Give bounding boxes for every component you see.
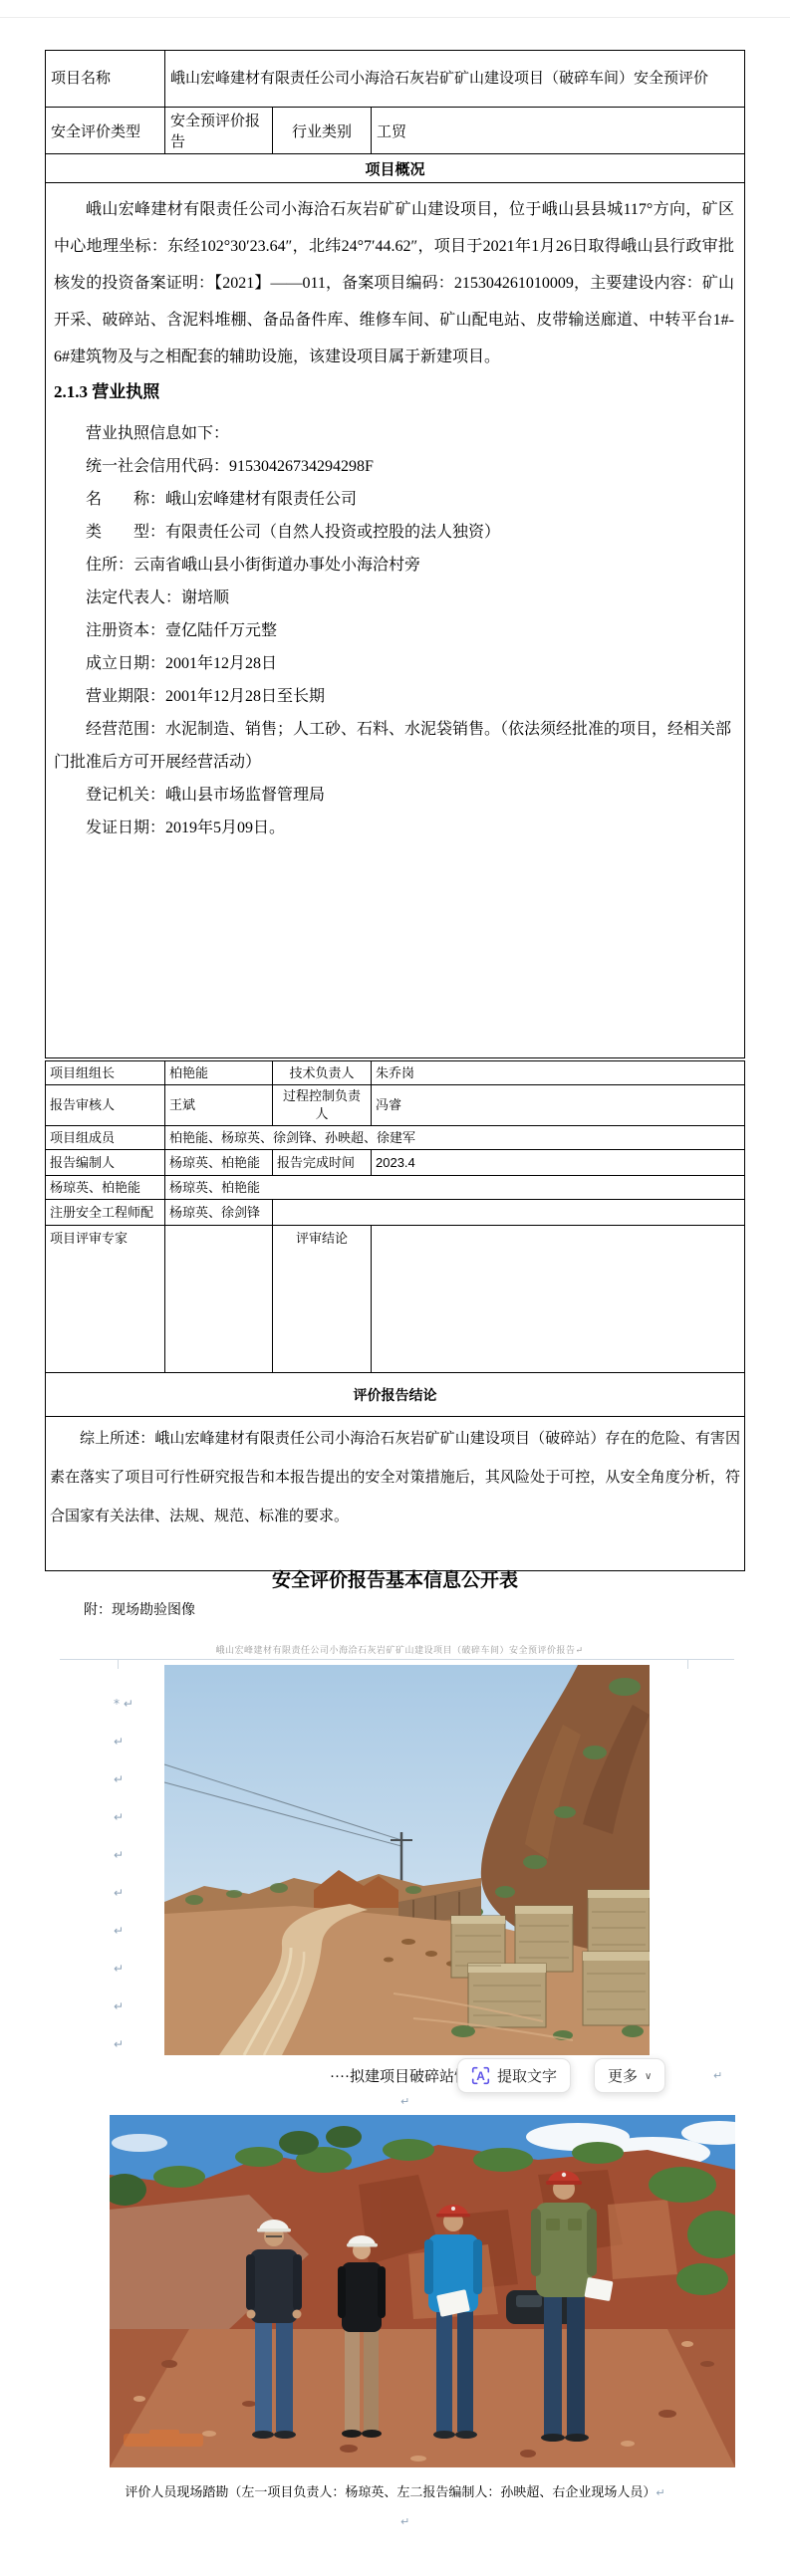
team-members-value: 柏艳能、杨琼英、徐剑锋、孙映超、徐建军 [165, 1126, 745, 1150]
paragraph-mark: ↵ [114, 1924, 124, 1938]
report-writer-value: 杨琼英、柏艳能 [165, 1150, 273, 1176]
process-control-label: 过程控制负责人 [273, 1085, 372, 1126]
text-scan-icon: A [471, 2066, 490, 2085]
embedded-page-header: 峨山宏峰建材有限责任公司小海洽石灰岩矿矿山建设项目（破碎车间）安全预评价报告↵ [96, 1643, 703, 1656]
conclusion-paragraph: 综上所述：峨山宏峰建材有限责任公司小海洽石灰岩矿矿山建设项目（破碎站）存在的危险… [50, 1419, 740, 1535]
team-leader-row: 项目组组长 柏艳能 技术负责人 朱乔岗 [46, 1061, 745, 1085]
paragraph-mark: ↵ [114, 1735, 124, 1749]
license-line: 注册资本：壹亿陆仟万元整 [54, 614, 734, 647]
project-name-label: 项目名称 [46, 51, 165, 108]
license-heading: 2.1.3 营业执照 [54, 377, 734, 407]
conclusion-header: 评价报告结论 [46, 1373, 745, 1417]
tech-lead-value: 朱乔岗 [372, 1061, 745, 1085]
review-experts-value [165, 1226, 273, 1373]
paragraph-mark: ↵ [114, 1810, 124, 1824]
duplicate-names-value: 杨琼英、柏艳能 [165, 1176, 745, 1200]
eval-type-label: 安全评价类型 [46, 108, 165, 154]
site-photo-crusher-location [164, 1665, 650, 2055]
page-title: 安全评价报告基本信息公开表 [0, 1565, 790, 1592]
team-members-label: 项目组成员 [46, 1126, 165, 1150]
report-reviewer-row: 报告审核人 王斌 过程控制负责人 冯睿 [46, 1085, 745, 1126]
paragraph-mark: ↵ [114, 2037, 124, 2051]
overview-body-row: 峨山宏峰建材有限责任公司小海洽石灰岩矿矿山建设项目，位于峨山县县城117°方向，… [46, 183, 745, 1058]
project-info-table: 项目名称 峨山宏峰建材有限责任公司小海洽石灰岩矿矿山建设项目（破碎车间）安全预评… [45, 50, 745, 1058]
review-conclusion-label: 评审结论 [273, 1226, 372, 1373]
paragraph-mark: ↵ [400, 2515, 409, 2528]
license-line: 发证日期：2019年5月09日。 [54, 812, 734, 844]
conclusion-cell: 综上所述：峨山宏峰建材有限责任公司小海洽石灰岩矿矿山建设项目（破碎站）存在的危险… [46, 1417, 745, 1571]
duplicate-names-label: 杨琼英、柏艳能 [46, 1176, 165, 1200]
paragraph-marks-column: * ↵↵↵↵↵↵↵↵↵↵ [114, 1697, 143, 2095]
overview-body-cell: 峨山宏峰建材有限责任公司小海洽石灰岩矿矿山建设项目，位于峨山县县城117°方向，… [46, 183, 745, 1058]
attachment-label: 附：现场勘验图像 [84, 1599, 195, 1619]
paragraph-mark: ↵ [114, 1962, 124, 1976]
registered-engineer-empty [273, 1200, 745, 1226]
conclusion-row: 综上所述：峨山宏峰建材有限责任公司小海洽石灰岩矿矿山建设项目（破碎站）存在的危险… [46, 1417, 745, 1571]
ground-light [110, 2329, 735, 2467]
report-writer-row: 报告编制人 杨琼英、柏艳能 报告完成时间 2023.4 [46, 1150, 745, 1176]
report-writer-label: 报告编制人 [46, 1150, 165, 1176]
industry-value: 工贸 [372, 108, 745, 154]
review-experts-label: 项目评审专家 [46, 1226, 165, 1373]
license-line: 成立日期：2001年12月28日 [54, 647, 734, 680]
conclusion-header-row: 评价报告结论 [46, 1373, 745, 1417]
team-leader-label: 项目组组长 [46, 1061, 165, 1085]
page-frame-tick [687, 1659, 688, 1669]
photo2-caption: 评价人员现场踏勘（左一项目负责人：杨琼英、左二报告编制人：孙映超、右企业现场人员… [0, 2481, 790, 2500]
report-reviewer-label: 报告审核人 [46, 1085, 165, 1126]
team-leader-value: 柏艳能 [165, 1061, 273, 1085]
eval-type-value: 安全预评价报告 [165, 108, 273, 154]
paragraph-mark: ↵ [114, 1772, 124, 1786]
project-name-value: 峨山宏峰建材有限责任公司小海洽石灰岩矿矿山建设项目（破碎车间）安全预评价 [165, 51, 745, 108]
license-line: 登记机关：峨山县市场监督管理局 [54, 779, 734, 812]
paragraph-mark: ↵ [114, 1886, 124, 1900]
report-reviewer-value: 王斌 [165, 1085, 273, 1126]
project-name-row: 项目名称 峨山宏峰建材有限责任公司小海洽石灰岩矿矿山建设项目（破碎车间）安全预评… [46, 51, 745, 108]
completion-date-value: 2023.4 [372, 1150, 745, 1176]
registered-engineer-label: 注册安全工程师配 [46, 1200, 165, 1226]
review-conclusion-value [372, 1226, 745, 1373]
eval-type-row: 安全评价类型 安全预评价报告 行业类别 工贸 [46, 108, 745, 154]
paragraph-mark: * ↵ [114, 1697, 133, 1711]
overview-header-row: 项目概况 [46, 154, 745, 183]
registered-engineer-row: 注册安全工程师配 杨琼英、徐剑锋 [46, 1200, 745, 1226]
review-experts-row: 项目评审专家 评审结论 [46, 1226, 745, 1373]
team-members-row: 项目组成员 柏艳能、杨琼英、徐剑锋、孙映超、徐建军 [46, 1126, 745, 1150]
tech-lead-label: 技术负责人 [273, 1061, 372, 1085]
more-label: 更多 [608, 2065, 638, 2086]
overview-header: 项目概况 [46, 154, 745, 183]
paragraph-mark: ↵ [114, 1999, 124, 2013]
process-control-value: 冯睿 [372, 1085, 745, 1126]
license-line: 营业期限：2001年12月28日至长期 [54, 680, 734, 713]
license-line: 统一社会信用代码：91530426734294298F [54, 450, 734, 483]
license-line: 名 称：峨山宏峰建材有限责任公司 [54, 483, 734, 516]
paragraph-mark: ↵ [656, 2486, 664, 2499]
license-line: 住所：云南省峨山县小街街道办事处小海洽村旁 [54, 549, 734, 582]
chevron-down-icon: ∨ [645, 2071, 652, 2082]
overview-paragraph: 峨山宏峰建材有限责任公司小海洽石灰岩矿矿山建设项目，位于峨山县县城117°方向，… [54, 191, 734, 375]
paragraph-mark: ↵ [114, 1848, 124, 1862]
license-line: 法定代表人：谢培顺 [54, 582, 734, 614]
document-page: 项目名称 峨山宏峰建材有限责任公司小海洽石灰岩矿矿山建设项目（破碎车间）安全预评… [0, 0, 790, 2576]
completion-date-label: 报告完成时间 [273, 1150, 372, 1176]
more-button[interactable]: 更多 ∨ [594, 2058, 665, 2093]
page-frame-line [60, 1659, 734, 1660]
page-top-divider [0, 17, 790, 18]
photo1-caption: ····拟建项目破碎站情况 [164, 2065, 650, 2086]
license-line: 类 型：有限责任公司（自然人投资或控股的法人独资） [54, 516, 734, 549]
duplicate-names-row: 杨琼英、柏艳能 杨琼英、柏艳能 [46, 1176, 745, 1200]
extract-text-button[interactable]: A 提取文字 [457, 2058, 571, 2093]
paragraph-mark: ↵ [400, 2095, 409, 2108]
paragraph-mark: ↵ [713, 2069, 722, 2082]
extract-text-label: 提取文字 [497, 2065, 557, 2086]
site-photo-survey-team [110, 2115, 735, 2467]
page-frame-tick [118, 1659, 119, 1669]
registered-engineer-value: 杨琼英、徐剑锋 [165, 1200, 273, 1226]
industry-label: 行业类别 [273, 108, 372, 154]
svg-text:A: A [476, 2069, 485, 2083]
license-line: 经营范围：水泥制造、销售；人工砂、石料、水泥袋销售。（依法须经批准的项目，经相关… [54, 713, 734, 779]
photo2-caption-text: 评价人员现场踏勘（左一项目负责人：杨琼英、左二报告编制人：孙映超、右企业现场人员… [125, 2484, 656, 2499]
license-line: 营业执照信息如下： [54, 417, 734, 450]
project-team-table: 项目组组长 柏艳能 技术负责人 朱乔岗 报告审核人 王斌 过程控制负责人 冯睿 … [45, 1060, 745, 1571]
